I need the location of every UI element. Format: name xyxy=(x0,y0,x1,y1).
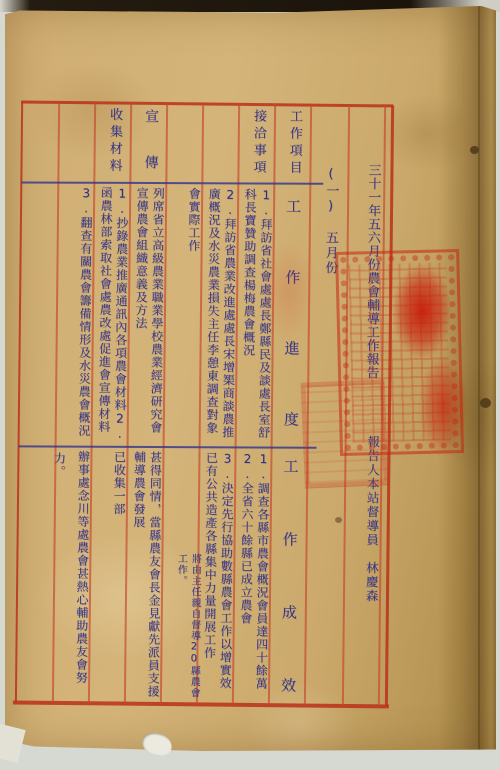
official-red-seal-stamp xyxy=(335,249,464,456)
paper-corner-gap xyxy=(0,723,26,763)
progress-materials-2: 3.翻查有關農會籌備情形及水災農會概況 xyxy=(52,186,95,444)
band-separator-line-2 xyxy=(19,445,317,448)
seal-inner-frame xyxy=(340,254,459,451)
paper-hole xyxy=(480,398,491,408)
grid-line-right-outer-border xyxy=(385,105,394,706)
grid-line-top-border xyxy=(21,101,393,108)
row-header-work-progress: 工作進度 xyxy=(280,198,304,482)
results-publicity: 甚得同情，當縣農友會長金見獻先派員支援輔導農會發展 xyxy=(121,451,164,701)
reporter-line: 報告人本站督導員 林慶森 xyxy=(362,435,382,603)
seal-outer-frame xyxy=(335,249,464,456)
grid-line-left-border xyxy=(15,102,23,703)
progress-materials-1: 1.抄錄農業推廣通訊內各項農會材料2.函農林部索取社會處農改處促進會宣傳材料 xyxy=(88,186,131,444)
grid-line-vertical xyxy=(304,105,312,706)
row-header-work-result: 工作成效 xyxy=(277,458,301,750)
progress-publicity: 列席省立高級農業職業學校農業經濟研究會宣傳農會組織意義及方法 xyxy=(124,187,167,445)
results-liaison-3: 將由主任親自督導20縣農會工作。 xyxy=(160,553,202,701)
document-paper: 三十一年五六月份農會輔導工作報告 (一) 五月份 報告人本站督導員 林慶森 工作… xyxy=(5,6,496,754)
paper-spot xyxy=(335,517,342,523)
grid-line-bottom-border xyxy=(13,700,389,708)
seal-ink-blob xyxy=(418,356,467,456)
category-liaison: 接洽事項 xyxy=(248,109,268,177)
progress-liaison-3: 會實際工作 xyxy=(160,187,203,445)
progress-liaison-1: 1.拜訪省社會處處長鄭縣民及談處長室舒科長寶贊助調查楊梅農會概況 xyxy=(232,188,275,446)
results-overflow: 力。 xyxy=(27,452,68,512)
document-sheet: 三十一年五六月份農會輔導工作報告 (一) 五月份 報告人本站督導員 林慶森 工作… xyxy=(1,3,500,756)
category-materials: 收集材料 xyxy=(104,107,124,175)
photo-backdrop: 三十一年五六月份農會輔導工作報告 (一) 五月份 報告人本站督導員 林慶森 工作… xyxy=(0,0,500,770)
results-liaison-1: 1.調查各縣市農會概況會員達四十餘萬2.全省六十餘縣已成立農會 xyxy=(229,452,272,702)
band-separator-line-1 xyxy=(21,181,323,184)
results-materials-1: 已收集一部 xyxy=(85,450,128,700)
paper-spot xyxy=(470,146,479,154)
row-header-work-item: 工作項目 xyxy=(284,109,304,177)
grid-line-vertical xyxy=(342,105,350,706)
document-title: 三十一年五六月份農會輔導工作報告 xyxy=(361,163,382,379)
progress-liaison-2: 2.拜訪省農業改進處處長宋增榘商談農推廣概況及水災農業損失主任李憩東調查對象 xyxy=(196,187,239,445)
section-label: (一) 五月份 xyxy=(320,167,340,276)
seal-ink-blob xyxy=(392,263,453,359)
